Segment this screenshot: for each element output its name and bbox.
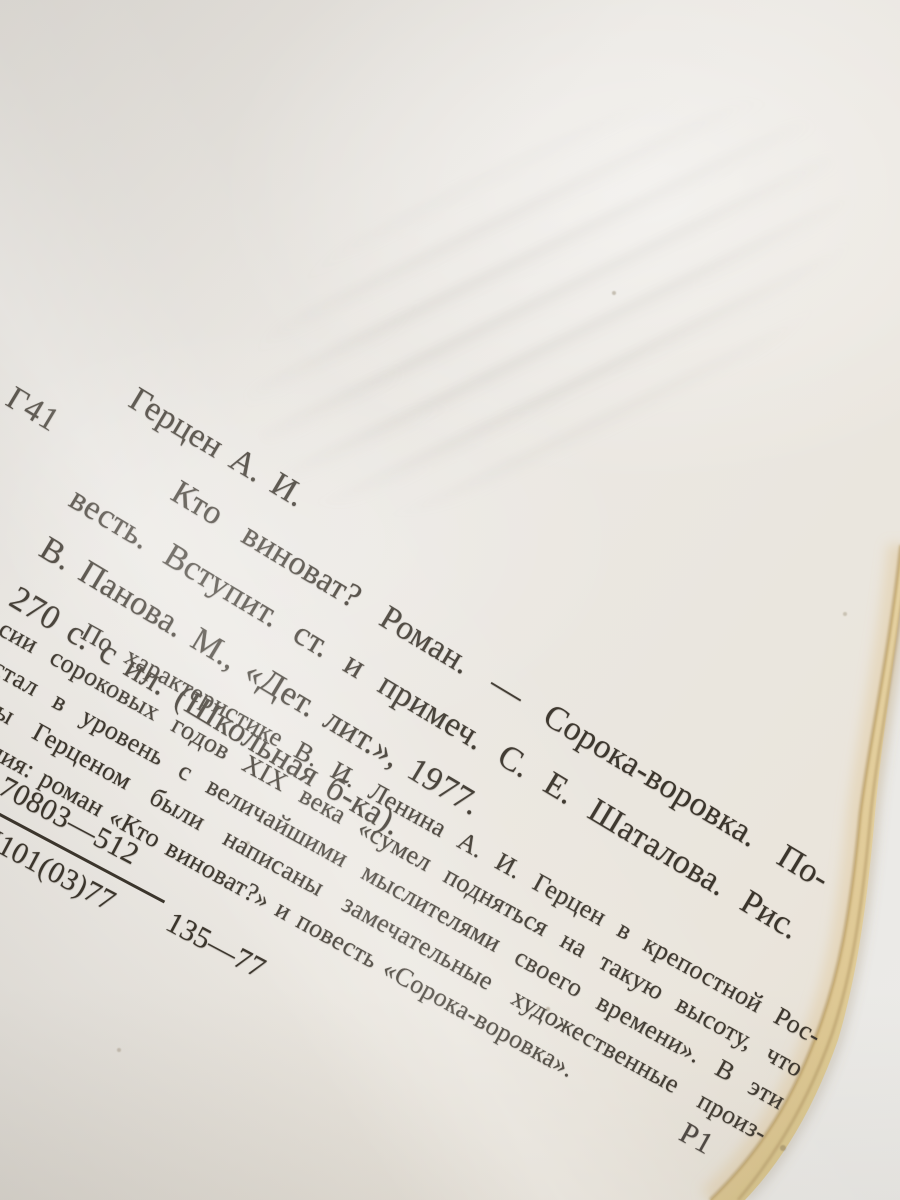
photo-of-book-imprint-page: Г41 Герцен А. И. Кто виноват? Роман. — С… bbox=[0, 0, 900, 1200]
paper-speckles bbox=[612, 291, 616, 295]
